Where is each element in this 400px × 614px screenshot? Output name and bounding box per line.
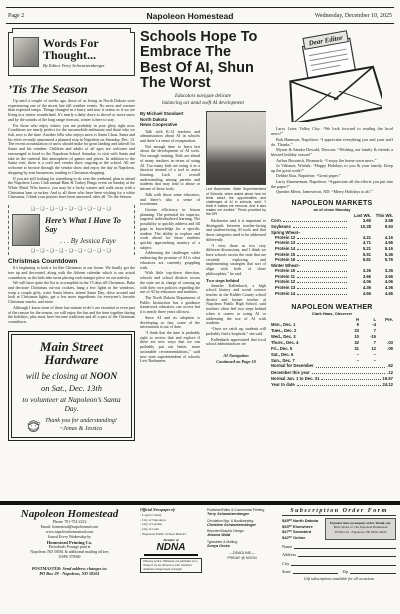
- letter: Bob Hannson, Napoleon: “I appreciate eve…: [271, 137, 393, 148]
- ai-col2-paragraphs-b: Jennifer Kallenbach, a high school histo…: [206, 284, 266, 347]
- christmas-countdown-title: Christmas Countdown: [8, 258, 135, 265]
- markets-section: NAPOLEON MARKETS as of close Monday Last…: [271, 200, 393, 296]
- page-number: Page 2: [8, 13, 98, 19]
- ndna-logo-bar: [144, 554, 198, 557]
- subhead-line2: balancing act amid swift AI development: [140, 101, 266, 108]
- weather-observer: Clark Haas, Observer: [271, 311, 393, 316]
- dot-leader: [283, 218, 347, 222]
- heres-what-title: Here’s What I Have To Say: [45, 216, 131, 235]
- markets-title: NAPOLEON MARKETS: [271, 200, 393, 207]
- state-zip-fields: State Zip: [282, 569, 396, 574]
- words-for-thought-box: Words For Thought... By Editor Terry Sch…: [8, 28, 135, 76]
- market-this-week: 9.93: [371, 224, 393, 230]
- market-last-week: 5.81: [349, 257, 371, 263]
- column-title: Words For Thought...: [43, 37, 130, 61]
- ai-body-column-1: By Michael Standaert North Dakota News C…: [140, 111, 200, 365]
- paragraph: Addressing the challenges while embracin…: [140, 251, 200, 270]
- market-label: Soybeans: [271, 224, 291, 230]
- newspaper-title: Napoleon Homestead: [98, 11, 282, 21]
- city-field-label: City: [282, 561, 289, 566]
- bachmeier-photo: [206, 111, 266, 185]
- dear-editor-letters: Larry Leier, Valley City: “We look forwa…: [271, 126, 393, 194]
- two-steps-behind-subhead: Two steps behind: [206, 278, 266, 283]
- paragraph: With little top-down direction, schools …: [140, 271, 200, 295]
- letter: Larry Zimmerman, Napoleon: “Appreciate a…: [271, 179, 393, 190]
- ai-article-headline: Schools Hope To Embrace The Best Of AI, …: [140, 30, 266, 91]
- paragraph: Talk with K-12 teachers and administrato…: [140, 130, 200, 144]
- subscription-title: Subscription Order Form: [282, 508, 396, 516]
- postmaster-notice: POSTMASTER: Send address changes to: PO …: [4, 566, 135, 578]
- name-field-line: [294, 544, 396, 549]
- staff-block: Publisher/Editor & Commercial Printing: …: [207, 508, 277, 611]
- paragraph: Although I know none of these last minut…: [8, 306, 135, 325]
- ad-business-name: Main Street Hardware: [15, 340, 128, 367]
- right-column: Dear Editor Larry Leier, Valley City: “W…: [271, 28, 393, 498]
- market-row: Protein 14 4.66 4.66: [271, 291, 393, 297]
- name-field-label: Name: [282, 544, 292, 549]
- issue-date: Wednesday, December 10, 2025: [282, 13, 392, 19]
- masthead-block: Napoleon Homestead Phone: 701-754-2212 E…: [4, 508, 135, 611]
- markets-rows-top: Corn 3.60 3.58 Soybeans 10.28 9.93: [271, 218, 393, 229]
- dot-leader: [297, 291, 347, 295]
- footer-divider-band: [0, 501, 400, 505]
- paragraph: Up until a couple of weeks ago, those of…: [8, 99, 135, 123]
- ad-line1: will be closing at NOON: [15, 371, 128, 382]
- editor-photo: [13, 37, 39, 67]
- dot-leader: [297, 257, 347, 261]
- weather-title: NAPOLEON WEATHER: [271, 304, 393, 311]
- dot-leader: [297, 235, 347, 239]
- page-header: Page 2 Napoleon Homestead Wednesday, Dec…: [8, 10, 392, 21]
- paragraph: It’s beginning to look a lot like Christ…: [8, 266, 135, 280]
- dot-leader: [297, 268, 347, 272]
- paragraph: Not enough time to learn fast about the …: [140, 145, 200, 192]
- staff-entry: Circulation Mgr. & Bookkeeping: Christin…: [207, 519, 277, 528]
- zip-field-line: [350, 569, 396, 574]
- ad-line1-emphasis: NOON: [90, 372, 117, 382]
- weather-rows: Mon., Dec. 1 9 -4 Tues., Dec. 2 33 7 Wed: [271, 322, 393, 363]
- masthead-usps: USPS 370940: [4, 555, 135, 560]
- market-last-week: 4.66: [349, 291, 371, 297]
- heres-what-box: ❑~❑~❑~❑~❑~❑~❑~❑~❑ Here’s What I Have To …: [8, 205, 135, 255]
- hardware-ad: Main Street Hardware will be closing at …: [8, 331, 135, 441]
- ndna-logo: NDNA: [140, 543, 202, 553]
- letter: Myron & Sandra Dewald, Dawson: “Wishing …: [271, 147, 393, 158]
- zip-field-label: Zip: [342, 569, 348, 574]
- state-field-label: State: [282, 569, 291, 574]
- gift-subscriptions-note: Gift subscriptions available for all occ…: [282, 577, 396, 581]
- paragraph: Since AI and its adoption is developing …: [140, 316, 200, 330]
- dear-editor-illustration: Dear Editor: [271, 28, 393, 126]
- name-field: Name: [282, 544, 396, 549]
- paragraph: Greater efficiency in lesson planning. T…: [140, 208, 200, 250]
- obituary-policy-box: Obituary policy: Obituaries are publishe…: [140, 558, 202, 573]
- words-for-thought-header: Words For Thought... By Editor Terry Sch…: [43, 37, 130, 68]
- address-field: Address: [282, 552, 396, 557]
- market-this-week: 4.66: [371, 291, 393, 297]
- envelope-icon: Dear Editor: [282, 30, 382, 122]
- dot-leader: [321, 376, 380, 381]
- ai-col2-paragraphs-a: Bachmeier said it is important to distin…: [206, 219, 266, 277]
- continued-notice: AI Navigation Continued on Page 10: [206, 353, 266, 364]
- dot-leader: [297, 274, 347, 278]
- newspaper-page: Page 2 Napoleon Homestead Wednesday, Dec…: [0, 0, 400, 614]
- markets-rows-spring: Protein 12 4.21 4.16 Protein 13 4.71 4.6…: [271, 235, 393, 263]
- staff-name: Terry Schwartzenberger: [207, 512, 277, 517]
- ai-article-byline: By Michael Standaert North Dakota News C…: [140, 111, 200, 127]
- dot-leader: [297, 246, 347, 250]
- tis-the-season-title: ’Tis The Season: [8, 82, 135, 97]
- dot-leader: [297, 285, 347, 289]
- byline-org-line2: News Cooperative: [140, 122, 200, 127]
- staff-entries: Publisher/Editor & Commercial Printing: …: [207, 508, 277, 549]
- letter: Arthur Bosonich, Bismarck: “I enjoy the …: [271, 158, 393, 163]
- staff-entry: Typesetter & Mailing: Sonya Gross: [207, 540, 277, 549]
- official-newspaper-block: Official Newspaper of: - Logan County- C…: [140, 508, 202, 611]
- weather-summary: Normal for December .62 December this ye…: [271, 363, 393, 387]
- market-this-week: 5.76: [371, 257, 393, 263]
- staff-entry: Reporter/Graphic Design: Jessica Wald: [207, 529, 277, 538]
- footer: Napoleon Homestead Phone: 701-754-2212 E…: [4, 508, 396, 611]
- ad-signature: ~Jonas & Jessica: [45, 426, 117, 434]
- letter: Jo Vilhauer, Wishek: “Happy Holidays to …: [271, 163, 393, 174]
- rate-item: $42⁰⁰ Online: [282, 535, 322, 541]
- rate-item: $45⁰⁰ North Dakota: [282, 518, 322, 524]
- middle-column: Schools Hope To Embrace The Best Of AI, …: [140, 30, 266, 498]
- masthead-name: Napoleon Homestead: [4, 508, 135, 520]
- dot-leader: [316, 363, 386, 368]
- heres-what-header: Here’s What I Have To Say . . . By Jessi…: [11, 212, 132, 248]
- postmaster-line2: PO Box 29 - Napoleon, ND 58561: [4, 571, 135, 577]
- paragraph: “I think that the time is probably right…: [140, 331, 200, 364]
- ornament-border-bottom: ❑~❑~❑~❑~❑~❑~❑~❑~❑: [11, 248, 132, 254]
- markets-rows-winter: Protein 10 3.26 3.26 Protein 11 3.66 3.6…: [271, 268, 393, 296]
- dot-leader: [297, 382, 381, 387]
- letter: Quentin Mertz, Jamestown, ND: “Merry Hol…: [271, 189, 393, 194]
- market-last-week: 10.28: [349, 224, 371, 230]
- christmas-countdown-body: It’s beginning to look a lot like Christ…: [8, 266, 135, 325]
- ai-article-body: By Michael Standaert North Dakota News C…: [140, 111, 266, 491]
- column-byline: By Editor Terry Schwartzenberger: [43, 63, 130, 68]
- ad-line1-text: will be closing at: [26, 371, 90, 381]
- paragraph: “Once we catch up, students will probabl…: [206, 327, 266, 336]
- photo-caption: Levi Bachmeier, State Superintendent of …: [206, 187, 266, 216]
- dot-leader: [312, 370, 386, 375]
- paragraph: We will have quite the list to accomplis…: [8, 281, 135, 305]
- summary-value: 24.12: [383, 382, 393, 388]
- official-item: - Napoleon Public School District: [140, 532, 202, 537]
- markets-subtitle: as of close Monday: [271, 207, 393, 212]
- paragraph: The North Dakota Department of Public In…: [140, 296, 200, 315]
- ad-thanks-line: Thank you for understanding!: [45, 418, 117, 426]
- header-rule-top: [6, 7, 394, 8]
- staff-name: Christine Schwartzenberger: [207, 523, 277, 528]
- jessica-photo: [12, 214, 40, 246]
- dot-leader: [297, 279, 347, 283]
- paragraph: “I view those as two very different disc…: [206, 244, 266, 277]
- heres-what-titles: Here’s What I Have To Say . . . By Jessi…: [45, 216, 131, 245]
- ad-thanks: Thank you for understanding! ~Jonas & Je…: [45, 418, 117, 433]
- continued-line2: Continued on Page 10: [206, 359, 266, 365]
- staff-name: Jessica Wald: [207, 533, 277, 538]
- tis-the-season-body: Up until a couple of weeks ago, those of…: [8, 99, 135, 200]
- heres-what-byline: . . . By Jessica Faye: [45, 237, 131, 245]
- state-field-line: [293, 569, 339, 574]
- official-items: - Logan County- City of Napoleon- City o…: [140, 513, 202, 536]
- summary-label: Year to date: [271, 382, 295, 388]
- ad-footer: Thank you for understanding! ~Jonas & Je…: [15, 417, 128, 434]
- ai-body-column-2: Levi Bachmeier, State Superintendent of …: [206, 111, 266, 364]
- dot-leader: [293, 224, 347, 228]
- ai-article-subhead: Educators navigate delicate balancing ac…: [140, 94, 266, 107]
- ai-col1-paragraphs: Talk with K-12 teachers and administrato…: [140, 130, 200, 365]
- ad-line3: to volunteer at Napoleon’s Santa Day.: [15, 395, 128, 413]
- address-field-line: [298, 552, 396, 557]
- dot-leader: [297, 252, 347, 256]
- staff-entry: Publisher/Editor & Commercial Printing: …: [207, 508, 277, 517]
- letter: Larry Leier, Valley City: “We look forwa…: [271, 126, 393, 137]
- address-field-label: Address: [282, 552, 296, 557]
- paragraph: For those who enjoy winter, you are prob…: [8, 124, 135, 176]
- city-field: City: [282, 561, 396, 566]
- paragraph: Bachmeier said it is important to distin…: [206, 219, 266, 243]
- paragraph: If you are still looking for something t…: [8, 177, 135, 201]
- payment-line3: PO Box 29 - Napoleon, ND 58561-0029: [328, 530, 393, 534]
- city-field-line: [291, 561, 396, 566]
- left-column: Words For Thought... By Editor Terry Sch…: [8, 28, 135, 498]
- santa-icon: [26, 417, 41, 434]
- weather-section: NAPOLEON WEATHER Clark Haas, Observer H …: [271, 304, 393, 388]
- weather-summary-row: Year to date 24.12: [271, 382, 393, 388]
- staff-name: Sonya Gross: [207, 544, 277, 549]
- header-rule-bottom: [6, 23, 394, 24]
- subscription-rates: $45⁰⁰ North Dakota$53⁰⁰ Elsewhere$47⁰⁰ S…: [282, 518, 322, 540]
- subscription-form: Subscription Order Form $45⁰⁰ North Dako…: [282, 508, 396, 611]
- paragraph: Talk with those same educators, and ther…: [140, 193, 200, 207]
- ad-line2: on Sat., Dec. 13th: [15, 383, 128, 393]
- deadline-line2: FRIDAY @ NOON: [207, 556, 277, 561]
- subscription-rates-row: $45⁰⁰ North Dakota$53⁰⁰ Elsewhere$47⁰⁰ S…: [282, 518, 396, 540]
- deadline-notice: —DEADLINE— FRIDAY @ NOON: [207, 551, 277, 560]
- payment-line2: Mail checks to: The Napoleon Homestead: [328, 525, 393, 529]
- paragraph: Jennifer Kallenbach, a high school histo…: [206, 284, 266, 326]
- dot-leader: [297, 240, 347, 244]
- market-label: Protein 14: [271, 291, 295, 297]
- payment-instructions-box: Payment must accompany order. Thank you.…: [325, 518, 396, 540]
- paragraph: Kallenbach appreciated that local school…: [206, 338, 266, 347]
